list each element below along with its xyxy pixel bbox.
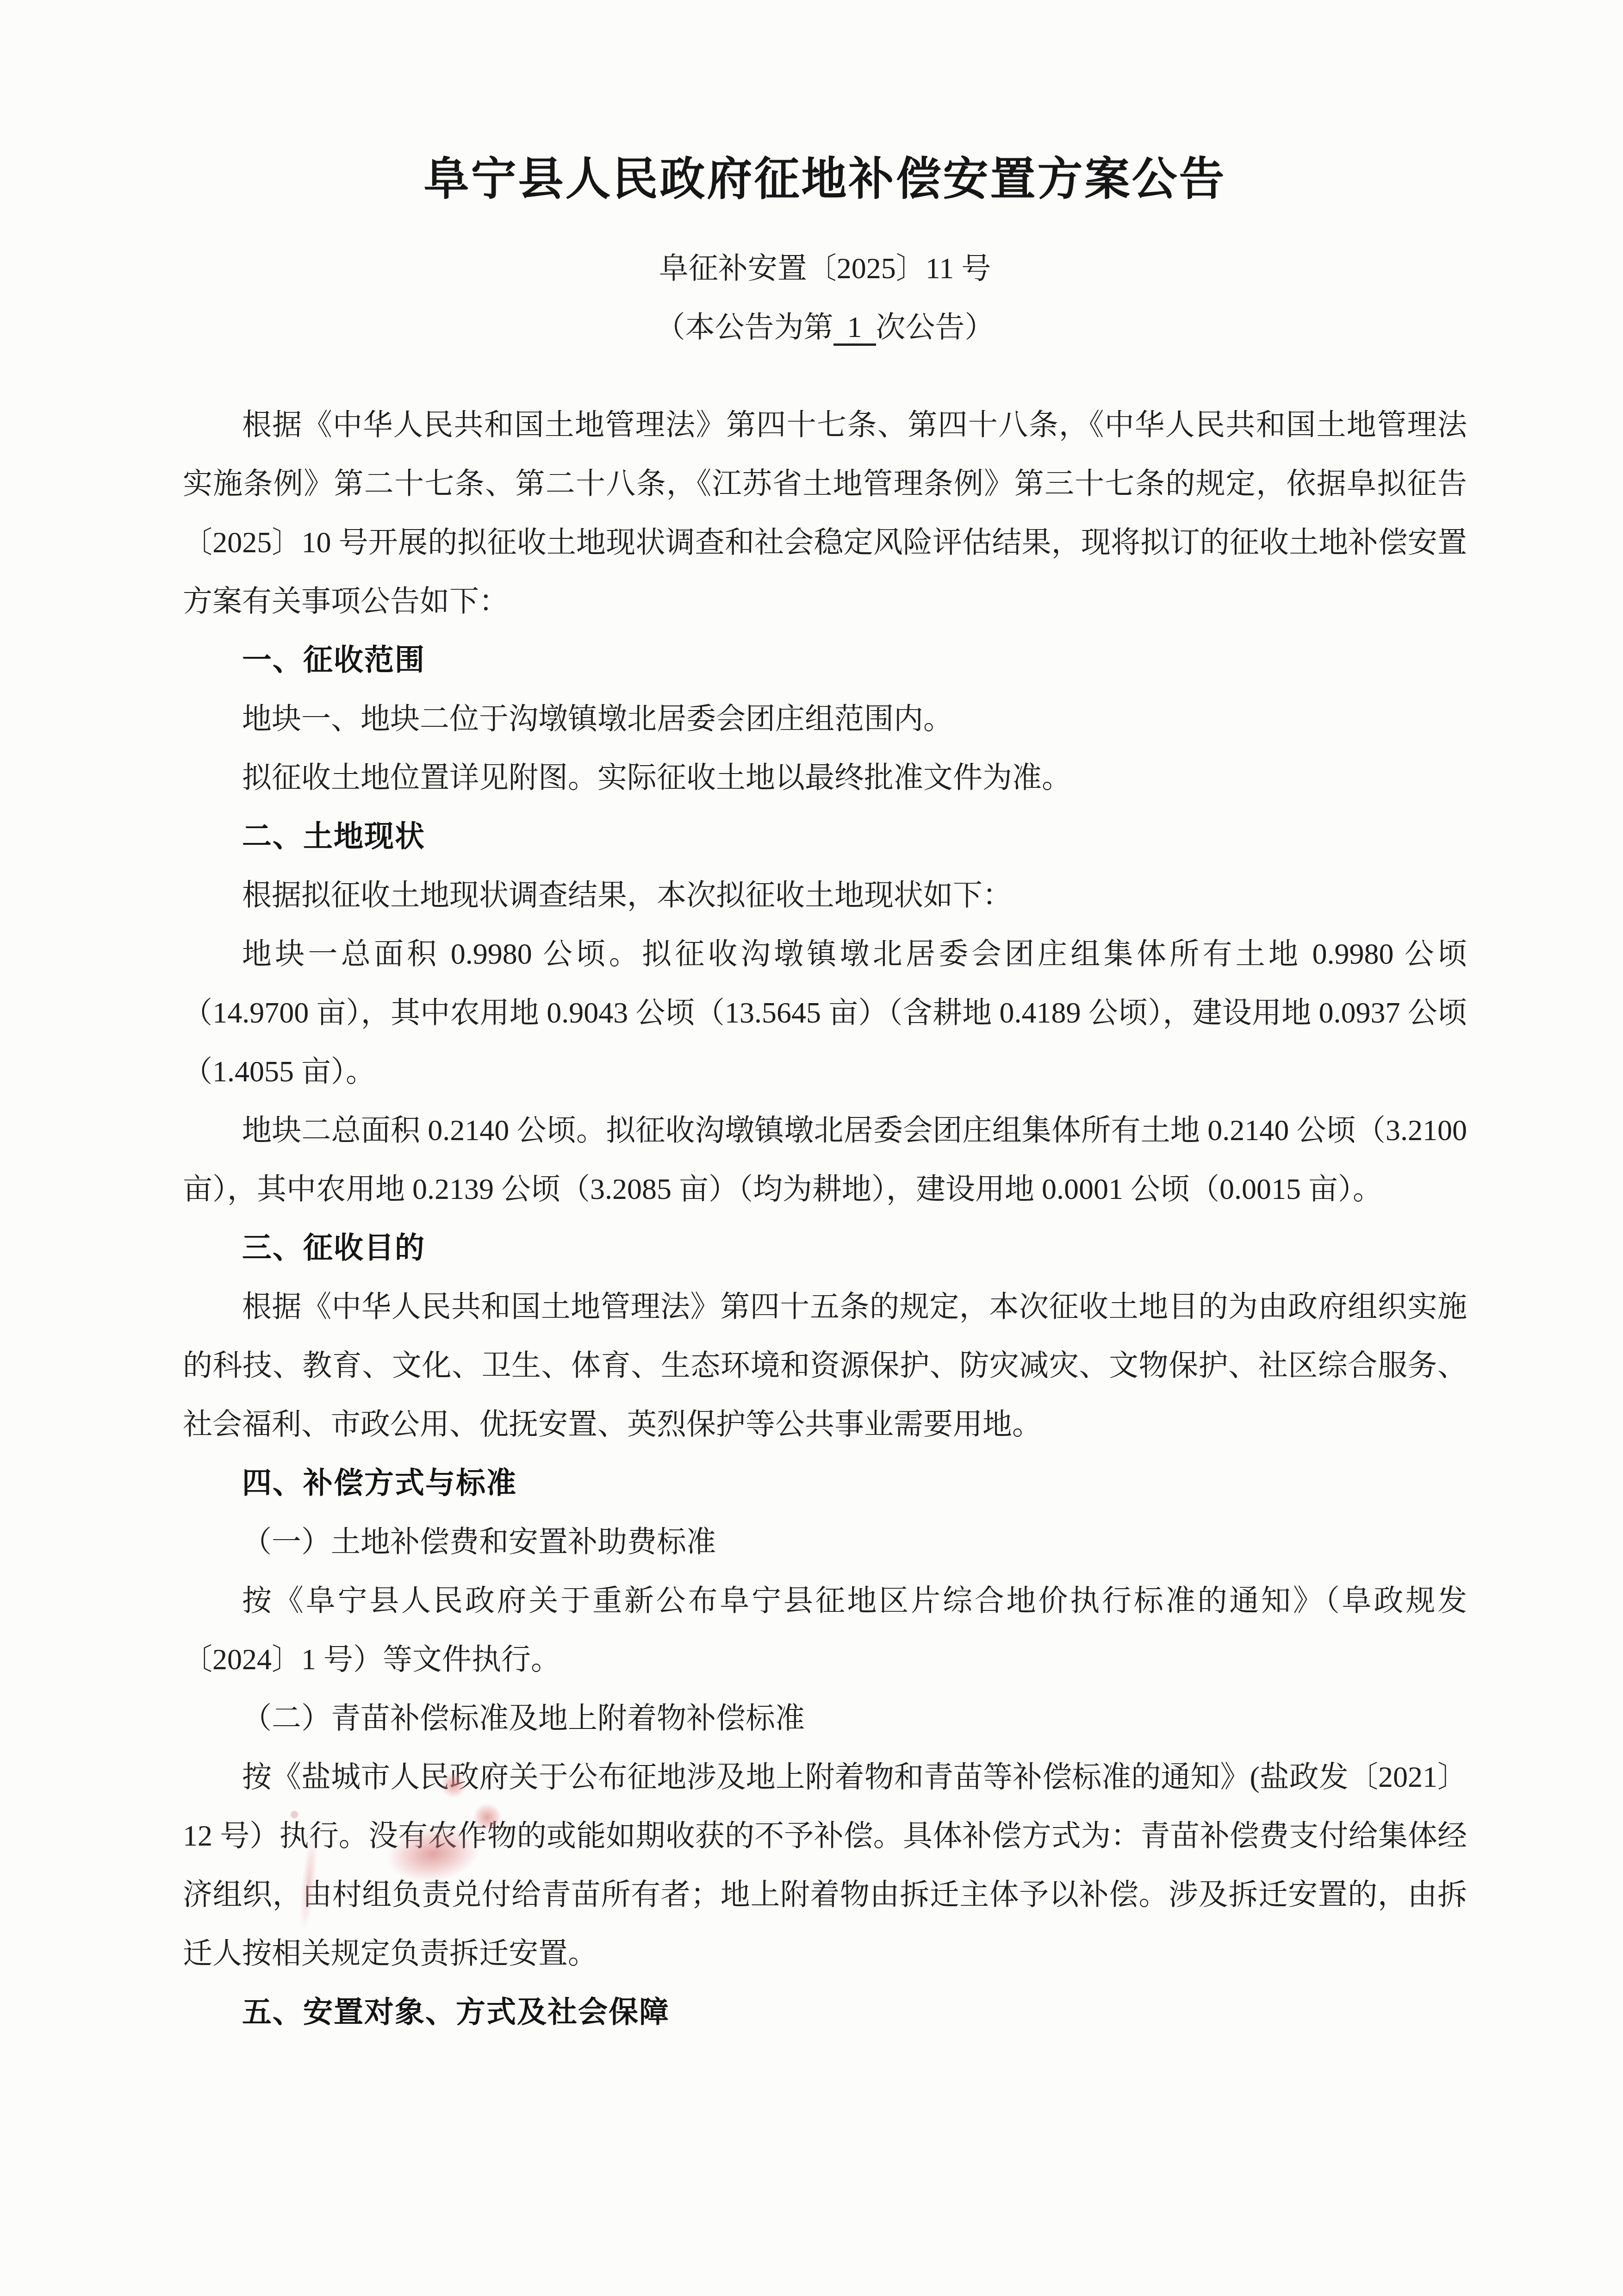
section-heading-5-resettlement: 五、安置对象、方式及社会保障: [183, 1983, 1467, 2041]
document-content: 阜宁县人民政府征地补偿安置方案公告 阜征补安置〔2025〕11 号 （本公告为第…: [183, 0, 1467, 2041]
paragraph-map-reference: 拟征收土地位置详见附图。实际征收土地以最终批准文件为准。: [183, 748, 1467, 807]
subsection-2-crop-fees: （二）青苗补偿标准及地上附着物补偿标准: [183, 1689, 1467, 1747]
document-title: 阜宁县人民政府征地补偿安置方案公告: [183, 153, 1467, 205]
document-number: 阜征补安置〔2025〕11 号: [183, 239, 1467, 298]
paragraph-purpose-detail: 根据《中华人民共和国土地管理法》第四十五条的规定，本次征收土地目的为由政府组织实…: [183, 1277, 1467, 1454]
paragraph-plot-two-area: 地块二总面积 0.2140 公顷。拟征收沟墩镇墩北居委会团庄组集体所有土地 0.…: [183, 1101, 1467, 1218]
document-body: 根据《中华人民共和国土地管理法》第四十七条、第四十八条，《中华人民共和国土地管理…: [183, 395, 1467, 2041]
scanned-document-page: 阜宁县人民政府征地补偿安置方案公告 阜征补安置〔2025〕11 号 （本公告为第…: [0, 0, 1623, 2296]
section-heading-3-purpose: 三、征收目的: [183, 1218, 1467, 1277]
section-heading-2-status: 二、土地现状: [183, 807, 1467, 866]
subsection-1-land-fees: （一）土地补偿费和安置补助费标准: [183, 1512, 1467, 1571]
paragraph-legal-basis: 根据《中华人民共和国土地管理法》第四十七条、第四十八条，《中华人民共和国土地管理…: [183, 395, 1467, 630]
section-heading-4-compensation: 四、补偿方式与标准: [183, 1454, 1467, 1512]
paragraph-crop-fee-standard: 按《盐城市人民政府关于公布征地涉及地上附着物和青苗等补偿标准的通知》(盐政发〔2…: [183, 1747, 1467, 1983]
paragraph-status-intro: 根据拟征收土地现状调查结果，本次拟征收土地现状如下：: [183, 866, 1467, 924]
notice-count-suffix: 次公告）: [876, 311, 995, 343]
notice-count-number: 1: [833, 311, 876, 346]
section-heading-1-scope: 一、征收范围: [183, 630, 1467, 689]
notice-count-line: （本公告为第1次公告）: [183, 298, 1467, 356]
notice-count-prefix: （本公告为第: [656, 311, 833, 343]
paragraph-land-fee-standard: 按《阜宁县人民政府关于重新公布阜宁县征地区片综合地价执行标准的通知》（阜政规发〔…: [183, 1571, 1467, 1689]
paragraph-plot-one-area: 地块一总面积 0.9980 公顷。拟征收沟墩镇墩北居委会团庄组集体所有土地 0.…: [183, 924, 1467, 1101]
paragraph-plot-location: 地块一、地块二位于沟墩镇墩北居委会团庄组范围内。: [183, 689, 1467, 748]
